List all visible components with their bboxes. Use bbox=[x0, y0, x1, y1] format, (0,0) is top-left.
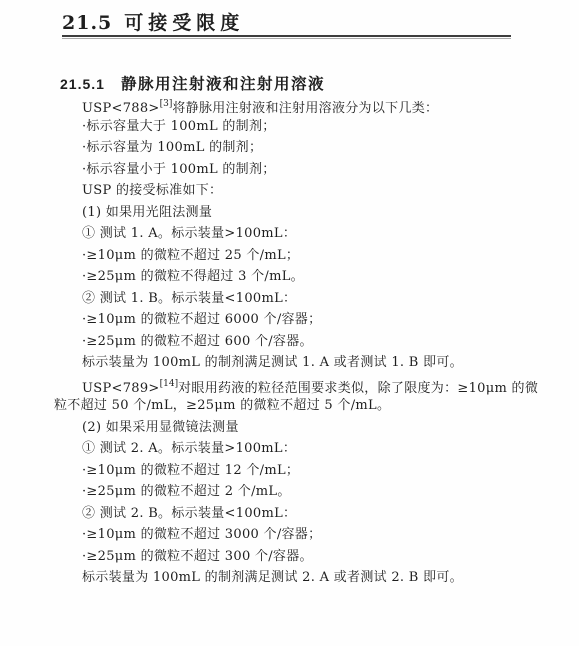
body-line-text: ① 测试 2. A。标示装量>100mL： bbox=[82, 441, 296, 456]
body-line-text: 的接受标准如下： bbox=[112, 183, 223, 198]
body-line: ·标示容量为 100mL 的制剂； bbox=[54, 137, 564, 159]
body-line-text: 标示装量为 100mL 的制剂满足测试 1. A 或者测试 1. B 即可。 bbox=[82, 355, 463, 370]
body-line: (1) 如果用光阻法测量 bbox=[54, 202, 564, 224]
body-line: ·≥10μm 的微粒不超过 3000 个/容器； bbox=[54, 524, 564, 546]
body-line-text: ·≥10μm 的微粒不超过 6000 个/容器； bbox=[82, 312, 321, 327]
body-line: 标示装量为 100mL 的制剂满足测试 1. A 或者测试 1. B 即可。 bbox=[54, 352, 564, 374]
subsection-title: 静脉用注射液和注射用溶液 bbox=[121, 76, 325, 93]
body-line: ① 测试 1. A。标示装量>100mL： bbox=[54, 223, 564, 245]
document-page: 21.5可接受限度 21.5.1静脉用注射液和注射用溶液 USP<788>[3]… bbox=[0, 0, 579, 646]
body-line-text: ·标示容量大于 100mL 的制剂； bbox=[82, 119, 276, 134]
section-heading: 21.5可接受限度 bbox=[62, 8, 244, 35]
reference-superscript: [3] bbox=[160, 99, 173, 109]
body-line: USP 的接受标准如下： bbox=[54, 180, 564, 202]
body-line-text: ·≥10μm 的微粒不超过 25 个/mL； bbox=[82, 248, 299, 263]
body-line: ·≥25μm 的微粒不超过 600 个/容器。 bbox=[54, 331, 564, 353]
body-line-text: (2) 如果采用显微镜法测量 bbox=[82, 420, 239, 435]
body-line-text: ·≥10μm 的微粒不超过 12 个/mL； bbox=[82, 463, 299, 478]
body-line: USP<788>[3]将静脉用注射液和注射用溶液分为以下几类： bbox=[54, 94, 564, 116]
body-line: ·≥10μm 的微粒不超过 6000 个/容器； bbox=[54, 309, 564, 331]
body-line-text: 标示装量为 100mL 的制剂满足测试 2. A 或者测试 2. B 即可。 bbox=[82, 570, 463, 585]
body-line-text: ② 测试 2. B。标示装量<100mL： bbox=[82, 506, 296, 521]
body-line: ② 测试 1. B。标示装量<100mL： bbox=[54, 288, 564, 310]
body-line: ·≥25μm 的微粒不超过 300 个/容器。 bbox=[54, 546, 564, 568]
subsection-heading: 21.5.1静脉用注射液和注射用溶液 bbox=[60, 72, 325, 94]
body-line-text: ·≥25μm 的微粒不超过 2 个/mL。 bbox=[82, 484, 291, 499]
body-text: USP<788>[3]将静脉用注射液和注射用溶液分为以下几类：·标示容量大于 1… bbox=[54, 94, 564, 589]
body-line: ·≥10μm 的微粒不超过 25 个/mL； bbox=[54, 245, 564, 267]
body-line: ·≥25μm 的微粒不超过 2 个/mL。 bbox=[54, 481, 564, 503]
body-line-text: 将静脉用注射液和注射用溶液分为以下几类： bbox=[172, 101, 438, 116]
body-line-text: ① 测试 1. A。标示装量>100mL： bbox=[82, 226, 296, 241]
body-line-text: ·标示容量为 100mL 的制剂； bbox=[82, 140, 262, 155]
section-number: 21.5 bbox=[62, 12, 112, 34]
body-line-text: (1) 如果用光阻法测量 bbox=[82, 205, 212, 220]
subsection-number: 21.5.1 bbox=[60, 76, 105, 92]
body-line: ② 测试 2. B。标示装量<100mL： bbox=[54, 503, 564, 525]
reference-superscript: [14] bbox=[160, 379, 178, 389]
body-line-text: ·标示容量小于 100mL 的制剂； bbox=[82, 162, 276, 177]
body-line: (2) 如果采用显微镜法测量 bbox=[54, 417, 564, 439]
body-line-text: ·≥25μm 的微粒不超过 300 个/容器。 bbox=[82, 549, 313, 564]
body-line: 粒不超过 50 个/mL，≥25μm 的微粒不超过 5 个/mL。 bbox=[54, 395, 564, 417]
body-line: ·≥25μm 的微粒不得超过 3 个/mL。 bbox=[54, 266, 564, 288]
heading-rule bbox=[62, 35, 511, 39]
body-line-text: 粒不超过 50 个/mL，≥25μm 的微粒不超过 5 个/mL。 bbox=[54, 398, 390, 413]
body-line-latin: USP<789> bbox=[82, 381, 160, 396]
body-line: ① 测试 2. A。标示装量>100mL： bbox=[54, 438, 564, 460]
body-line-text: ·≥25μm 的微粒不得超过 3 个/mL。 bbox=[82, 269, 304, 284]
section-title: 可接受限度 bbox=[124, 12, 244, 34]
body-line: ·≥10μm 的微粒不超过 12 个/mL； bbox=[54, 460, 564, 482]
body-line-text: ·≥25μm 的微粒不超过 600 个/容器。 bbox=[82, 334, 313, 349]
body-line: 标示装量为 100mL 的制剂满足测试 2. A 或者测试 2. B 即可。 bbox=[54, 567, 564, 589]
body-line: ·标示容量小于 100mL 的制剂； bbox=[54, 159, 564, 181]
body-line: USP<789>[14]对眼用药液的粒径范围要求类似，除了限度为：≥10μm 的… bbox=[54, 374, 564, 396]
body-line-latin: USP<788> bbox=[82, 101, 160, 116]
body-line-text: ·≥10μm 的微粒不超过 3000 个/容器； bbox=[82, 527, 321, 542]
body-line: ·标示容量大于 100mL 的制剂； bbox=[54, 116, 564, 138]
body-line-latin: USP bbox=[82, 183, 112, 198]
body-line-text: ② 测试 1. B。标示装量<100mL： bbox=[82, 291, 296, 306]
body-line-text: 对眼用药液的粒径范围要求类似，除了限度为：≥10μm 的微 bbox=[178, 381, 538, 396]
